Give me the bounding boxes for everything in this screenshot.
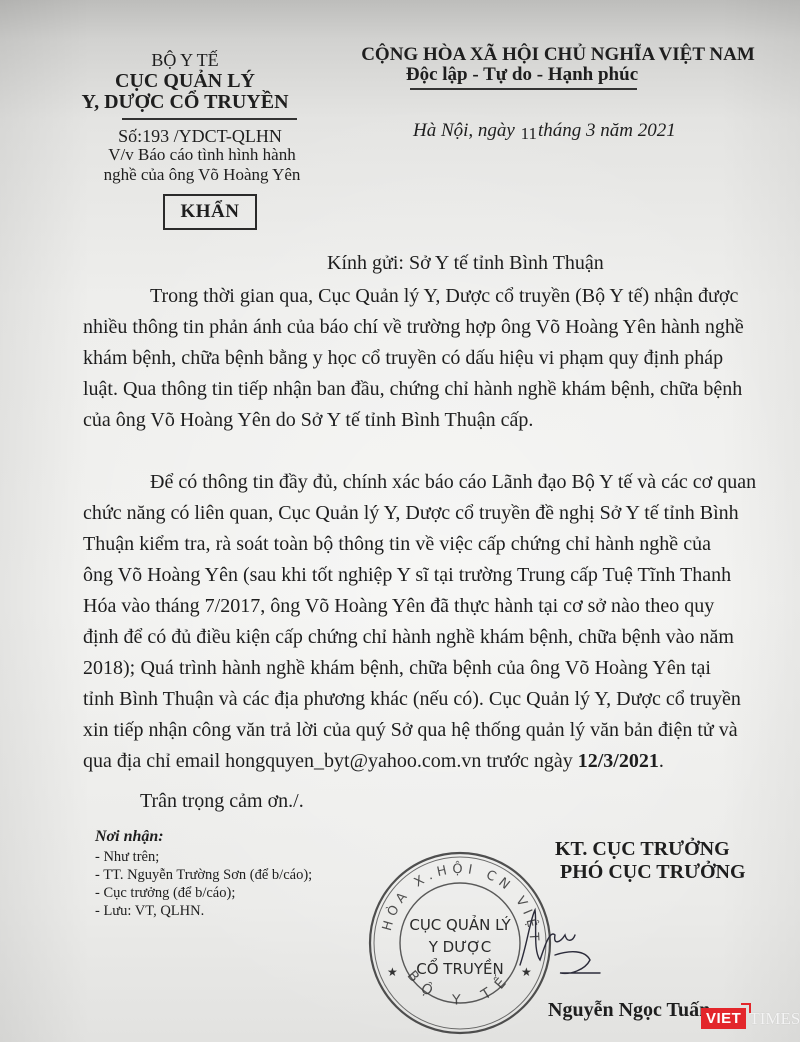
svg-text:★: ★: [387, 965, 398, 979]
seal-center-line1: CỤC QUẢN LÝ: [409, 914, 511, 934]
paragraph-line-text: khám bệnh, chữa bệnh bằng y học cổ truyề…: [83, 347, 723, 369]
document-number: Số:193 /YDCT-QLHN: [118, 126, 282, 147]
paragraph-line: luật. Qua thông tin tiếp nhận ban đầu, c…: [83, 378, 711, 401]
seal-center-line2: Y DƯỢC: [428, 938, 492, 956]
date-prefix: Hà Nội, ngày: [413, 120, 520, 141]
department-name-line2: Y, DƯỢC CỔ TRUYỀN: [81, 91, 288, 114]
national-motto: Độc lập - Tự do - Hạnh phúc: [406, 64, 638, 86]
signature-title-line2: PHÓ CỤC TRƯỞNG: [560, 861, 746, 884]
paragraph-line: Thuận kiểm tra, rà soát toàn bộ thông ti…: [83, 533, 711, 556]
paragraph-line-text: Hóa vào tháng 7/2017, ông Võ Hoàng Yên đ…: [83, 595, 714, 617]
paragraph-line: của ông Võ Hoàng Yên do Sở Y tế tỉnh Bìn…: [83, 409, 711, 432]
paragraph-line-text: ông Võ Hoàng Yên (sau khi tốt nghiệp Y s…: [83, 564, 731, 586]
national-title: CỘNG HÒA XÃ HỘI CHỦ NGHĨA VIỆT NAM: [361, 44, 755, 66]
urgent-badge: KHẨN: [163, 194, 257, 230]
paragraph-line: ông Võ Hoàng Yên (sau khi tốt nghiệp Y s…: [83, 564, 711, 587]
paragraph-line-text: chức năng có liên quan, Cục Quản lý Y, D…: [83, 502, 739, 524]
recipient-item: - Như trên;: [95, 849, 159, 866]
paragraph-line: khám bệnh, chữa bệnh bằng y học cổ truyề…: [83, 347, 711, 370]
paragraph-line-text: định để có đủ điều kiện cấp chứng chỉ hà…: [83, 626, 734, 648]
watermark-viet: VIET: [701, 1008, 746, 1029]
paragraph-line: tỉnh Bình Thuận và các địa phương khác (…: [83, 688, 711, 711]
seal-center-line3: CỔ TRUYỀN: [416, 957, 503, 978]
paragraph-line-text: của ông Võ Hoàng Yên do Sở Y tế tỉnh Bìn…: [83, 409, 533, 431]
closing-line: Trân trọng cảm ơn./.: [140, 790, 304, 813]
handwritten-signature-icon: [515, 905, 605, 980]
paragraph-line-text: Trong thời gian qua, Cục Quản lý Y, Dược…: [150, 285, 738, 307]
paragraph-line-text: Để có thông tin đầy đủ, chính xác báo cá…: [150, 471, 756, 493]
paragraph-line-text: luật. Qua thông tin tiếp nhận ban đầu, c…: [83, 378, 742, 400]
date-day: 11: [520, 124, 538, 143]
recipient-item: - Cục trưởng (để b/cáo);: [95, 885, 235, 902]
deadline-suffix: .: [659, 750, 664, 772]
department-name-line1: CỤC QUẢN LÝ: [115, 70, 255, 93]
salutation: Kính gửi: Sở Y tế tỉnh Bình Thuận: [327, 252, 604, 275]
date-suffix: tháng 3 năm 2021: [538, 120, 676, 141]
signature-title-line1: KT. CỤC TRƯỞNG: [555, 838, 730, 861]
paragraph-line: Trong thời gian qua, Cục Quản lý Y, Dược…: [150, 285, 711, 308]
signer-name: Nguyễn Ngọc Tuấn: [548, 999, 710, 1022]
paragraph-line-text: Thuận kiểm tra, rà soát toàn bộ thông ti…: [83, 533, 711, 555]
paragraph-line: Hóa vào tháng 7/2017, ông Võ Hoàng Yên đ…: [83, 595, 711, 618]
recipient-item: - TT. Nguyễn Trường Sơn (để b/cáo);: [95, 867, 312, 884]
department-underline: [122, 118, 297, 120]
paragraph-line: nhiều thông tin phản ánh của báo chí về …: [83, 316, 711, 339]
dateline: Hà Nội, ngày 11tháng 3 năm 2021: [413, 120, 676, 142]
subject-line1: V/v Báo cáo tình hình hành: [108, 145, 295, 165]
recipients-title: Nơi nhận:: [95, 828, 164, 846]
paragraph-line-text: xin tiếp nhận công văn trả lời của quý S…: [83, 719, 738, 741]
subject-line2: nghề của ông Võ Hoàng Yên: [104, 165, 301, 185]
paragraph-line-text: nhiều thông tin phản ánh của báo chí về …: [83, 316, 744, 338]
paragraph-line: xin tiếp nhận công văn trả lời của quý S…: [83, 719, 711, 742]
motto-underline: [410, 88, 637, 90]
paragraph-line: Để có thông tin đầy đủ, chính xác báo cá…: [150, 471, 711, 494]
paragraph-line-text: qua địa chỉ email hongquyen_byt@yahoo.co…: [83, 750, 578, 772]
paragraph-line-text: 2018); Quá trình hành nghề khám bệnh, ch…: [83, 657, 711, 679]
paragraph-line: định để có đủ điều kiện cấp chứng chỉ hà…: [83, 626, 711, 649]
watermark-times: TIMES: [749, 1009, 800, 1029]
ministry-name: BỘ Y TẾ: [151, 50, 218, 71]
reply-deadline: 12/3/2021: [578, 750, 659, 772]
paragraph-line: qua địa chỉ email hongquyen_byt@yahoo.co…: [83, 750, 711, 773]
paragraph-line-text: tỉnh Bình Thuận và các địa phương khác (…: [83, 688, 741, 710]
paragraph-line: 2018); Quá trình hành nghề khám bệnh, ch…: [83, 657, 711, 680]
recipient-item: - Lưu: VT, QLHN.: [95, 903, 204, 920]
paragraph-line: chức năng có liên quan, Cục Quản lý Y, D…: [83, 502, 711, 525]
viettimes-watermark: VIET TIMES: [701, 1008, 800, 1029]
